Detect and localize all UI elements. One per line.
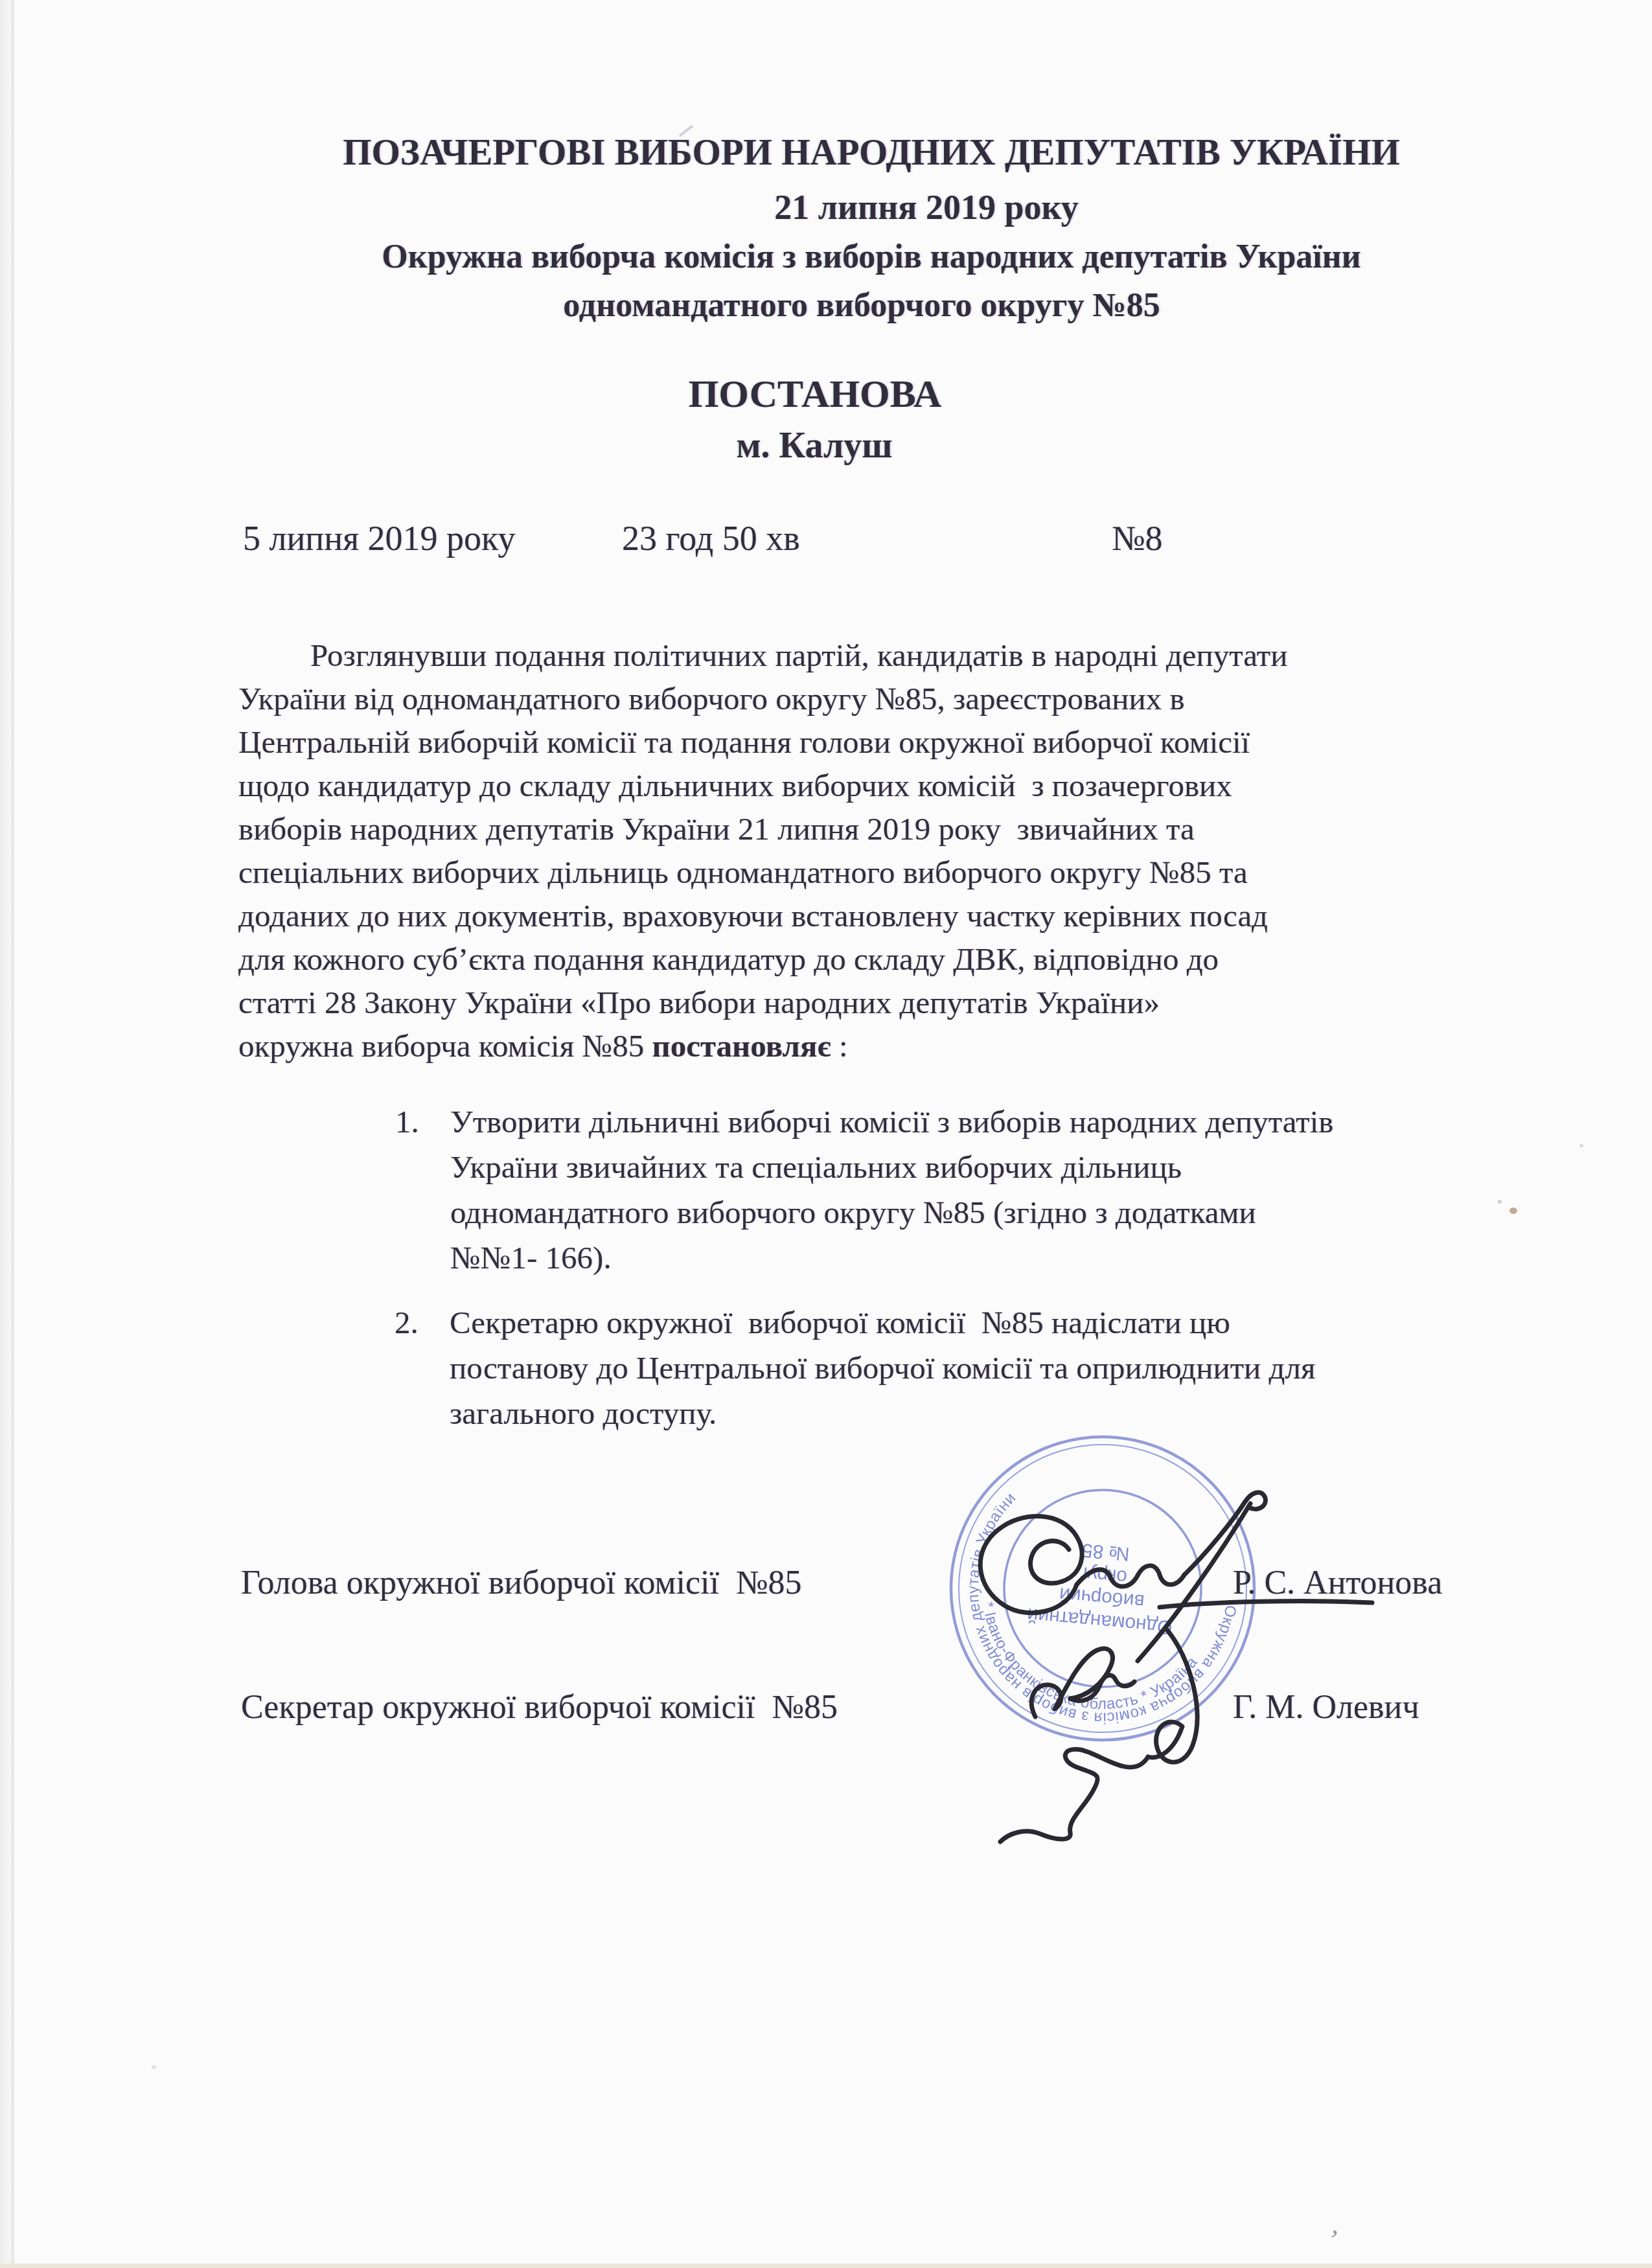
- handwritten-signatures: [0, 0, 1652, 2268]
- signature-antonova-ink: [980, 1493, 1372, 1661]
- signature-olevych-ink: [1000, 1629, 1197, 1842]
- scanned-document-page: , ПОЗАЧЕРГОВІ ВИБОРИ НАРОДНИХ ДЕПУТАТІВ …: [0, 0, 1652, 2268]
